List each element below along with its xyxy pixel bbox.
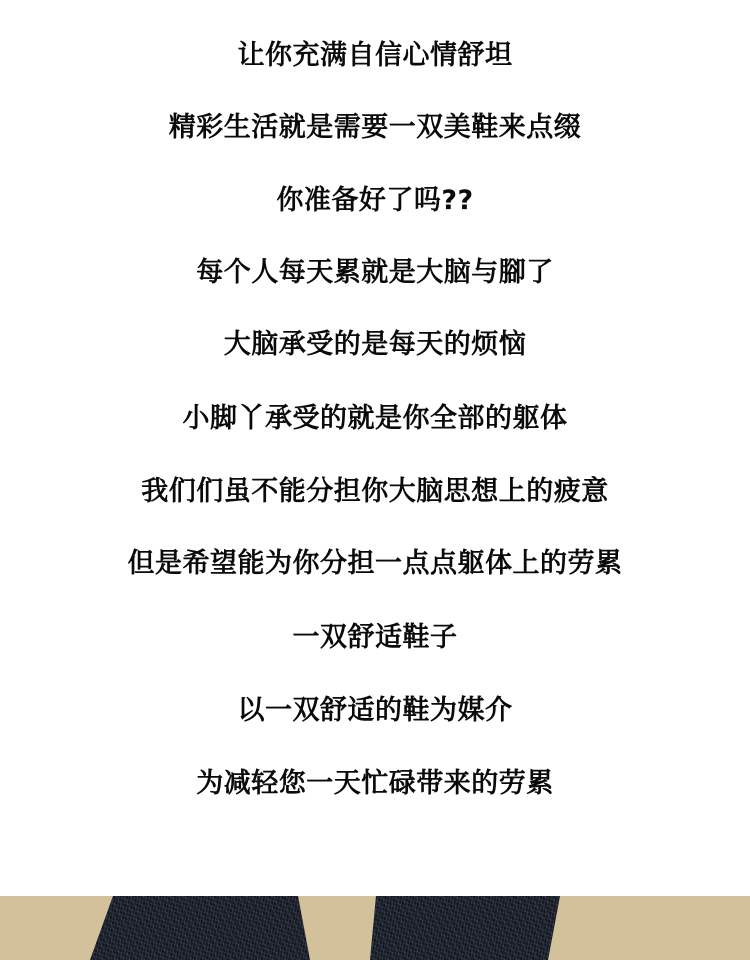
promo-line-4: 每个人每天累就是大脑与腳了 (0, 255, 750, 291)
promo-line-11: 为减轻您一天忙碌带来的劳累 (0, 766, 750, 802)
promo-line-7: 我们们虽不能分担你大脑思想上的疲意 (0, 474, 750, 510)
promo-line-2: 精彩生活就是需要一双美鞋来点缀 (0, 110, 750, 146)
promo-line-6: 小脚丫承受的就是你全部的躯体 (0, 401, 750, 437)
product-description-page: 让你充满自信心情舒坦 精彩生活就是需要一双美鞋来点缀 你准备好了吗?? 每个人每… (0, 0, 750, 960)
promo-line-10: 以一双舒适的鞋为媒介 (0, 693, 750, 729)
promo-line-3: 你准备好了吗?? (0, 183, 750, 219)
promo-line-5: 大脑承受的是每天的烦恼 (0, 327, 750, 363)
product-photo (0, 896, 750, 960)
promo-line-9: 一双舒适鞋子 (0, 620, 750, 656)
promo-line-8: 但是希望能为你分担一点点躯体上的劳累 (0, 546, 750, 582)
promo-line-1: 让你充满自信心情舒坦 (0, 38, 750, 74)
